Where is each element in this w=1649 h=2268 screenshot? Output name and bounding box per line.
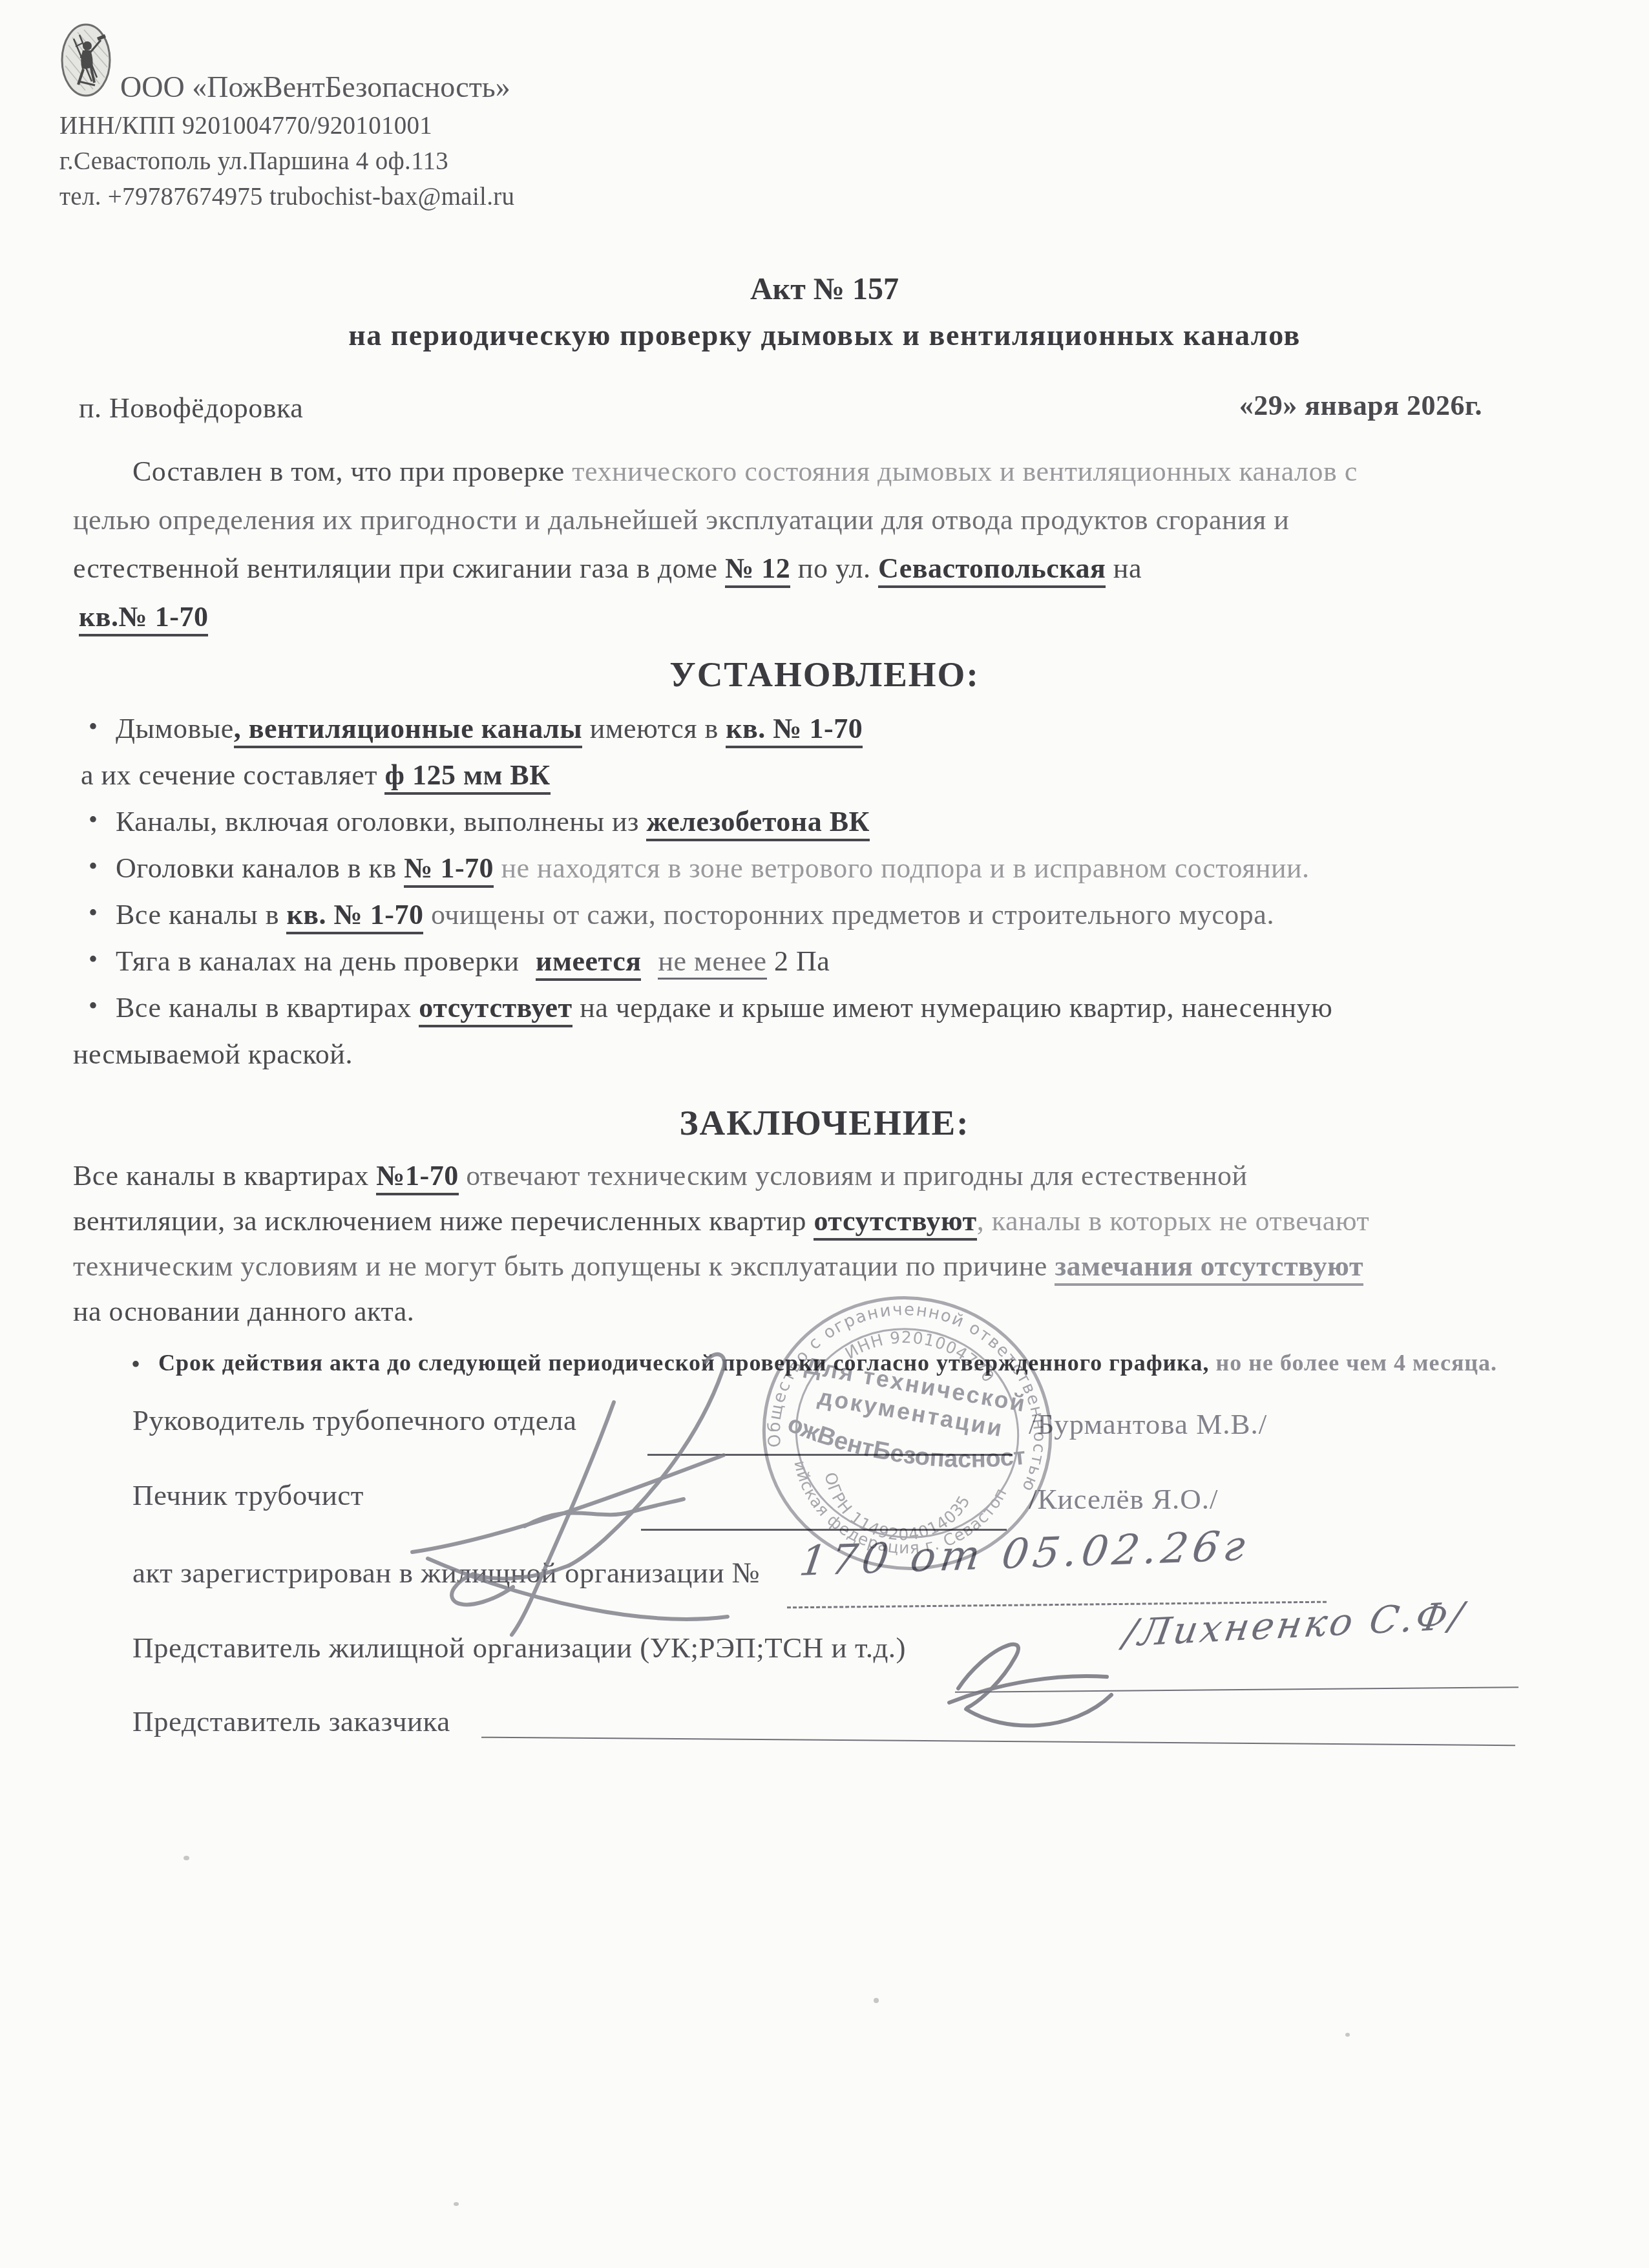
company-contact: тел. +79787674975 trubochist-bax@mail.ru	[59, 182, 514, 211]
place-name: п. Новофёдоровка	[79, 390, 303, 426]
round-company-seal-icon: Общество с ограниченной ответственностью…	[760, 1294, 1055, 1574]
pen-signature-icon	[375, 1325, 801, 1686]
scanned-act-document: ООО «ПожВентБезопасность» ИНН/КПП 920100…	[0, 0, 1649, 2268]
act-title: Акт № 157	[0, 271, 1649, 307]
head-of-dept-name: /Бурмантова М.В./	[1029, 1407, 1267, 1441]
conclusion-line-1: Все каналы в квартирах №1-70 отвечают те…	[73, 1158, 1248, 1193]
scan-speck	[1345, 2033, 1350, 2037]
est-bullet-5: Тяга в каналах на день проверки имеетсян…	[116, 943, 830, 979]
intro-line-1: Составлен в том, что при проверке технич…	[132, 454, 1358, 489]
scan-speck	[454, 2202, 459, 2206]
established-heading: УСТАНОВЛЕНО:	[0, 654, 1649, 695]
stove-sweep-name: /Киселёв Я.О./	[1029, 1482, 1219, 1516]
intro-line-3: естественной вентиляции при сжигании газ…	[73, 551, 1142, 586]
scan-speck	[874, 1998, 879, 2003]
scan-speck	[184, 1856, 189, 1860]
conclusion-heading: ЗАКЛЮЧЕНИЕ:	[0, 1102, 1649, 1143]
est-bullet-6: Все каналы в квартирах отсутствует на че…	[116, 990, 1332, 1025]
company-name: ООО «ПожВентБезопасность»	[120, 70, 510, 104]
chimney-sweep-emblem-icon	[59, 22, 112, 98]
est-bullet-6-cont: несмываемой краской.	[73, 1036, 353, 1072]
est-bullet-2: Каналы, включая оголовки, выполнены из ж…	[116, 804, 870, 839]
customer-rep-label: Представитель заказчика	[132, 1705, 450, 1738]
conclusion-line-2: вентиляции, за исключением ниже перечисл…	[73, 1203, 1369, 1239]
housing-rep-signature-icon	[940, 1612, 1140, 1741]
est-bullet-1-cont: а их сечение составляет ф 125 мм ВК	[81, 757, 551, 793]
intro-line-4: кв.№ 1-70	[79, 599, 208, 635]
act-date: «29» января 2026г.	[1239, 388, 1482, 423]
conclusion-line-3: техническим условиям и не могут быть доп…	[73, 1248, 1363, 1284]
company-inn-kpp: ИНН/КПП 9201004770/920101001	[59, 111, 432, 140]
conclusion-line-4: на основании данного акта.	[73, 1294, 414, 1329]
stove-sweep-label: Печник трубочист	[132, 1478, 364, 1512]
act-subtitle: на периодическую проверку дымовых и вент…	[0, 318, 1649, 352]
est-bullet-3: Оголовки каналов в кв № 1-70 не находятс…	[116, 850, 1310, 886]
intro-line-2: целью определения их пригодности и дальн…	[73, 502, 1289, 538]
est-bullet-1: Дымовые, вентиляционные каналы имеются в…	[116, 711, 863, 746]
est-bullet-4: Все каналы в кв. № 1-70 очищены от сажи,…	[116, 897, 1274, 932]
company-address: г.Севастополь ул.Паршина 4 оф.113	[59, 147, 448, 176]
